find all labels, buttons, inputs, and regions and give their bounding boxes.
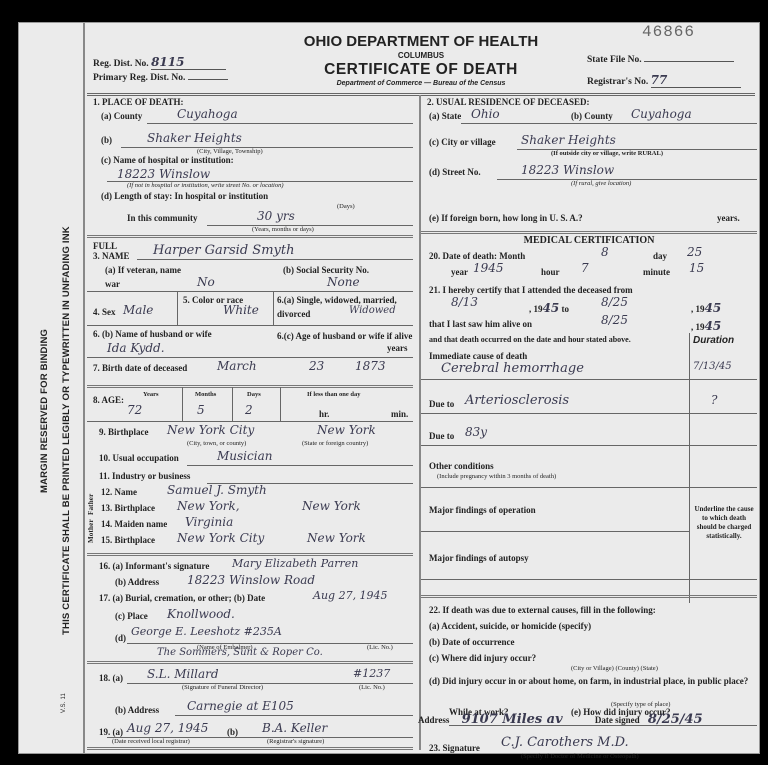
certificate-header: OHIO DEPARTMENT OF HEALTH COLUMBUS CERTI… <box>87 23 755 96</box>
marital-value: Widowed <box>349 305 396 316</box>
field-label: Father <box>87 494 95 515</box>
field-label: 9. Birthplace <box>99 427 149 437</box>
field-label: 21. I hereby certify that I attended the… <box>429 285 633 295</box>
margin-note: MARGIN RESERVED FOR BINDING <box>39 329 50 493</box>
field-label: 15. Birthplace <box>101 535 155 545</box>
birth-day: 23 <box>309 359 324 373</box>
field-label: (Lic. No.) <box>367 644 393 651</box>
community-value: 30 yrs <box>257 209 295 223</box>
field-label: Due to <box>429 431 454 441</box>
residence-heading: 2. USUAL RESIDENCE OF DECEASED: <box>427 97 589 107</box>
birth-month: March <box>217 359 257 373</box>
residence-county: Cuyahoga <box>631 107 692 121</box>
father-name: Samuel J. Smyth <box>167 483 267 497</box>
due-to-cause-1-duration: ? <box>711 393 717 407</box>
informant-signature: Mary Elizabeth Parren <box>232 557 358 570</box>
last-seen-date: 8/25 <box>601 313 628 327</box>
field-label: Other conditions <box>429 461 494 471</box>
field-label: (Days) <box>337 203 355 210</box>
death-hour: 7 <box>581 261 589 275</box>
field-label: Immediate cause of death <box>429 351 527 361</box>
field-label: 3. NAME <box>93 251 130 261</box>
field-label: Primary Reg. Dist. No. <box>93 73 185 83</box>
right-column: 2. USUAL RESIDENCE OF DECEASED: (a) Stat… <box>419 95 757 750</box>
immediate-cause-duration: 7/13/45 <box>693 361 732 372</box>
death-month: 8 <box>601 245 609 259</box>
field-label: (Years, months or days) <box>252 226 314 233</box>
field-label: (City, town, or county) <box>187 440 246 447</box>
occupation-value: Musician <box>217 449 272 463</box>
field-label: (a) Accident, suicide, or homicide (spec… <box>429 621 591 631</box>
informant-address: 18223 Winslow Road <box>187 573 315 587</box>
field-label: (City, Village, Township) <box>197 148 263 155</box>
field-label: hr. <box>319 409 329 419</box>
field-label: (b) County <box>571 111 613 121</box>
date-received: Aug 27, 1945 <box>127 721 208 735</box>
residence-state: Ohio <box>471 107 500 121</box>
ink-instruction: THIS CERTIFICATE SHALL BE PRINTED LEGIBL… <box>61 226 72 635</box>
field-label: (If outside city or village, write RURAL… <box>551 150 663 157</box>
mother-maiden-name: Virginia <box>185 515 233 529</box>
field-label: (Date received local registrar) <box>112 738 190 745</box>
field-label: Mother <box>87 519 95 543</box>
field-label: Date signed <box>595 715 640 725</box>
field-label: (a) If veteran, name war <box>105 263 185 291</box>
duration-header: Duration <box>693 335 734 346</box>
age-months: 5 <box>197 403 205 417</box>
reg-dist-field: Reg. Dist. No. 8115 <box>93 55 226 70</box>
deceased-name: Harper Garsid Smyth <box>153 243 294 258</box>
death-certificate: MARGIN RESERVED FOR BINDING THIS CERTIFI… <box>18 22 760 754</box>
field-label: (d) Street No. <box>429 167 481 177</box>
place-of-death-heading: 1. PLACE OF DEATH: <box>93 97 184 107</box>
field-label: (d) Length of stay: In hospital or insti… <box>101 191 268 201</box>
burial-date: Aug 27, 1945 <box>313 589 388 602</box>
field-label: 10. Usual occupation <box>99 453 179 463</box>
field-label: day <box>653 251 667 261</box>
field-label: (Registrar's signature) <box>267 738 324 745</box>
residence-city: Shaker Heights <box>521 133 616 147</box>
age-days: 2 <box>245 403 253 417</box>
physician-address: 9107 Miles av <box>462 712 563 727</box>
age-years: 72 <box>127 403 142 417</box>
field-label: to <box>561 304 569 314</box>
father-birthplace-state: New York <box>302 499 361 513</box>
field-label: (e) If foreign born, how long in U. S. A… <box>429 213 583 223</box>
field-label: years <box>387 343 408 353</box>
field-label: 8. AGE: <box>93 395 124 405</box>
form-number: V.S. 11 <box>61 693 67 713</box>
field-label: (c) Place <box>115 611 148 621</box>
field-label: min. <box>391 409 408 419</box>
death-year: 1945 <box>473 261 504 275</box>
sex-value: Male <box>123 303 153 317</box>
state-file-field: State File No. <box>587 55 734 65</box>
field-label: (Signature of Funeral Director) <box>182 684 263 691</box>
medical-heading: MEDICAL CERTIFICATION <box>421 235 757 246</box>
field-label: (b) <box>227 727 238 737</box>
full-name-label: FULL3. NAME <box>93 241 130 261</box>
field-label: FULL <box>93 241 117 251</box>
field-label: 77 <box>651 73 741 88</box>
father-birthplace-city: New York, <box>177 499 240 513</box>
field-label: 20. Date of death: Month <box>429 251 525 261</box>
field-label: 45 <box>543 301 560 315</box>
field-label: 17. (a) Burial, cremation, or other; (b)… <box>99 593 265 603</box>
registrar-signature: B.A. Keller <box>262 721 327 735</box>
field-label: (Lic. No.) <box>359 684 385 691</box>
field-label: 8115 <box>151 55 226 70</box>
field-label: (d) Did injury occur in or about home, o… <box>429 673 749 689</box>
field-label: 18. (a) <box>99 673 123 683</box>
field-label: Address <box>418 715 449 725</box>
field-label <box>188 79 228 80</box>
funeral-home-name: The Sommers, Sunt & Roper Co. <box>157 647 323 658</box>
binding-margin: MARGIN RESERVED FOR BINDING THIS CERTIFI… <box>19 23 85 753</box>
field-label: 45 <box>705 301 722 315</box>
field-label: Days <box>247 391 261 398</box>
field-label: (c) City or village <box>429 137 496 147</box>
field-label: (Specify if Doctor of Medicine or Osteop… <box>521 753 639 760</box>
death-county-value: Cuyahoga <box>177 107 238 121</box>
field-label <box>644 61 734 62</box>
underline-note: Underline the cause to which death shoul… <box>693 505 755 541</box>
spouse-value: Ida Kydd. <box>107 341 165 355</box>
mother-birthplace-state: New York <box>307 531 366 545</box>
field-label: 6. (b) Name of husband or wife <box>93 329 212 339</box>
field-label: (State or foreign country) <box>302 440 368 447</box>
field-label: years. <box>717 213 740 223</box>
field-label: If less than one day <box>307 391 360 398</box>
field-label: (If not in hospital or institution, writ… <box>127 182 283 189</box>
field-label: Reg. Dist. No. <box>93 59 149 69</box>
field-label: 13. Birthplace <box>101 503 155 513</box>
file-stamp: 46866 <box>642 23 695 41</box>
field-label: 45 <box>705 319 722 333</box>
field-label: and that death occurred on the date and … <box>429 335 631 344</box>
field-label: minute <box>643 267 670 277</box>
residence-street: 18223 Winslow <box>521 163 614 177</box>
social-security-value: None <box>327 275 360 289</box>
field-label: year <box>451 267 468 277</box>
funeral-director-license: #1237 <box>353 667 390 680</box>
field-label: Major findings of autopsy <box>429 553 529 563</box>
field-label: (b) Address <box>115 577 159 587</box>
field-label: (If rural, give location) <box>571 180 631 187</box>
field-label: 22. If death was due to external causes,… <box>429 605 656 615</box>
field-label: Due to <box>429 399 454 409</box>
field-label: Months <box>195 391 216 398</box>
race-value: White <box>223 303 259 317</box>
hospital-value: 18223 Winslow <box>117 167 210 181</box>
field-label: (a) State <box>429 111 461 121</box>
due-to-cause-1: Arteriosclerosis <box>465 393 569 408</box>
date-signed: 8/25/45 <box>648 712 703 727</box>
field-label: (b) Address <box>115 705 159 715</box>
parents-bracket: Father Mother <box>87 485 97 543</box>
field-label: hour <box>541 267 560 277</box>
field-label: 4. Sex <box>93 307 116 317</box>
field-label: (b) <box>101 135 112 145</box>
primary-reg-field: Primary Reg. Dist. No. <box>93 73 228 83</box>
field-label: that I last saw him alive on <box>429 319 532 329</box>
certificate-form: OHIO DEPARTMENT OF HEALTH COLUMBUS CERTI… <box>87 23 755 753</box>
field-label: 19. (a) <box>99 727 123 737</box>
burial-place: Knollwood. <box>167 607 235 621</box>
field-label: 23. Signature <box>429 743 480 753</box>
death-minute: 15 <box>689 261 704 275</box>
birthplace-state: New York <box>317 423 376 437</box>
embalmer-name: George E. Leeshotz #235A <box>131 625 282 638</box>
field-label: (c) Name of hospital or institution: <box>101 155 234 165</box>
field-label: Registrar's No. <box>587 77 648 87</box>
field-label: 14. Maiden name <box>101 519 167 529</box>
field-label: (b) Date of occurrence <box>429 637 515 647</box>
field-label: 6.(c) Age of husband or wife if alive <box>277 329 413 343</box>
attended-to: 8/25 <box>601 295 628 309</box>
field-label: (City or Village) (County) (State) <box>571 665 658 672</box>
mother-birthplace-city: New York City <box>177 531 264 545</box>
death-day: 25 <box>687 245 702 259</box>
field-label: State File No. <box>587 55 642 65</box>
death-county-label: (a) County <box>101 111 142 121</box>
immediate-cause: Cerebral hemorrhage <box>441 361 584 376</box>
attended-from: 8/13 <box>451 295 478 309</box>
field-label: 12. Name <box>101 487 137 497</box>
field-label: 16. (a) Informant's signature <box>99 561 209 571</box>
field-label: (Include pregnancy within 3 months of de… <box>437 473 556 480</box>
field-label: (d) <box>115 633 126 643</box>
veteran-value: No <box>197 275 215 289</box>
physician-address-row: Address 9107 Miles av Date signed 8/25/4… <box>418 712 703 727</box>
field-label: In this community <box>127 213 198 223</box>
birthplace-city: New York City <box>167 423 254 437</box>
birth-year: 1873 <box>355 359 386 373</box>
registrar-no-field: Registrar's No. 77 <box>587 73 741 88</box>
field-label: Years <box>143 391 159 398</box>
physician-signature: C.J. Carothers M.D. <box>501 735 629 750</box>
funeral-director-signature: S.L. Millard <box>147 667 219 681</box>
funeral-director-address: Carnegie at E105 <box>187 699 294 713</box>
field-label: (c) Where did injury occur? <box>429 653 536 663</box>
death-city-value: Shaker Heights <box>147 131 242 145</box>
field-label: Major findings of operation <box>429 505 536 515</box>
field-label: 11. Industry or business <box>99 471 190 481</box>
field-label: 7. Birth date of deceased <box>93 363 187 373</box>
due-to-cause-2: 83y <box>465 425 487 439</box>
